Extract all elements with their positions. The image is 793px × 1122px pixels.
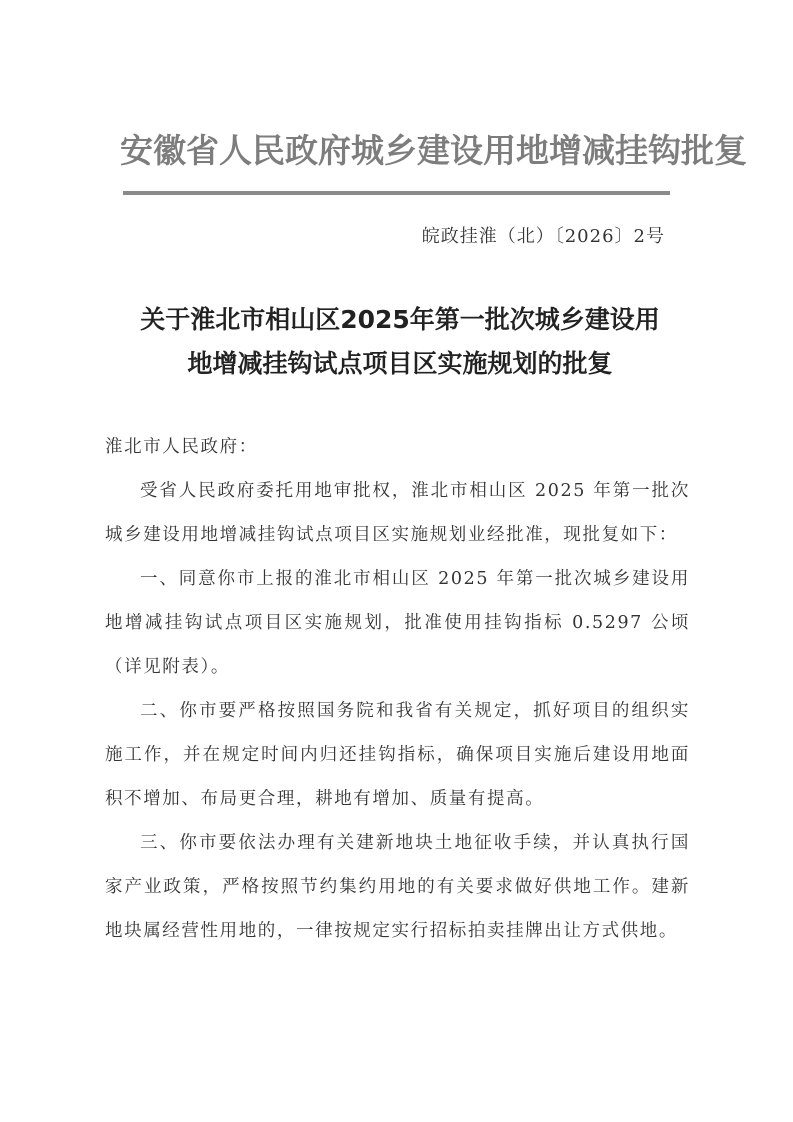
- document-body: 淮北市人民政府： 受省人民政府委托用地审批权，淮北市相山区 2025 年第一批次…: [105, 425, 690, 953]
- document-title: 关于淮北市相山区2025年第一批次城乡建设用 地增减挂钩试点项目区实施规划的批复: [95, 298, 705, 386]
- item-paragraph-1: 一、同意你市上报的淮北市相山区 2025 年第一批次城乡建设用地增减挂钩试点项目…: [105, 557, 690, 689]
- document-number: 皖政挂淮（北）〔2026〕2号: [395, 222, 665, 248]
- item-paragraph-2: 二、你市要严格按照国务院和我省有关规定，抓好项目的组织实施工作，并在规定时间内归…: [105, 689, 690, 821]
- intro-paragraph: 受省人民政府委托用地审批权，淮北市相山区 2025 年第一批次城乡建设用地增减挂…: [105, 469, 690, 557]
- header-divider: [123, 191, 670, 195]
- document-title-line-1: 关于淮北市相山区2025年第一批次城乡建设用: [95, 298, 705, 342]
- document-header-title: 安徽省人民政府城乡建设用地增减挂钩批复: [120, 128, 673, 174]
- addressee: 淮北市人民政府：: [105, 425, 690, 469]
- document-title-line-2: 地增减挂钩试点项目区实施规划的批复: [95, 342, 705, 386]
- item-paragraph-3: 三、你市要依法办理有关建新地块土地征收手续，并认真执行国家产业政策，严格按照节约…: [105, 821, 690, 953]
